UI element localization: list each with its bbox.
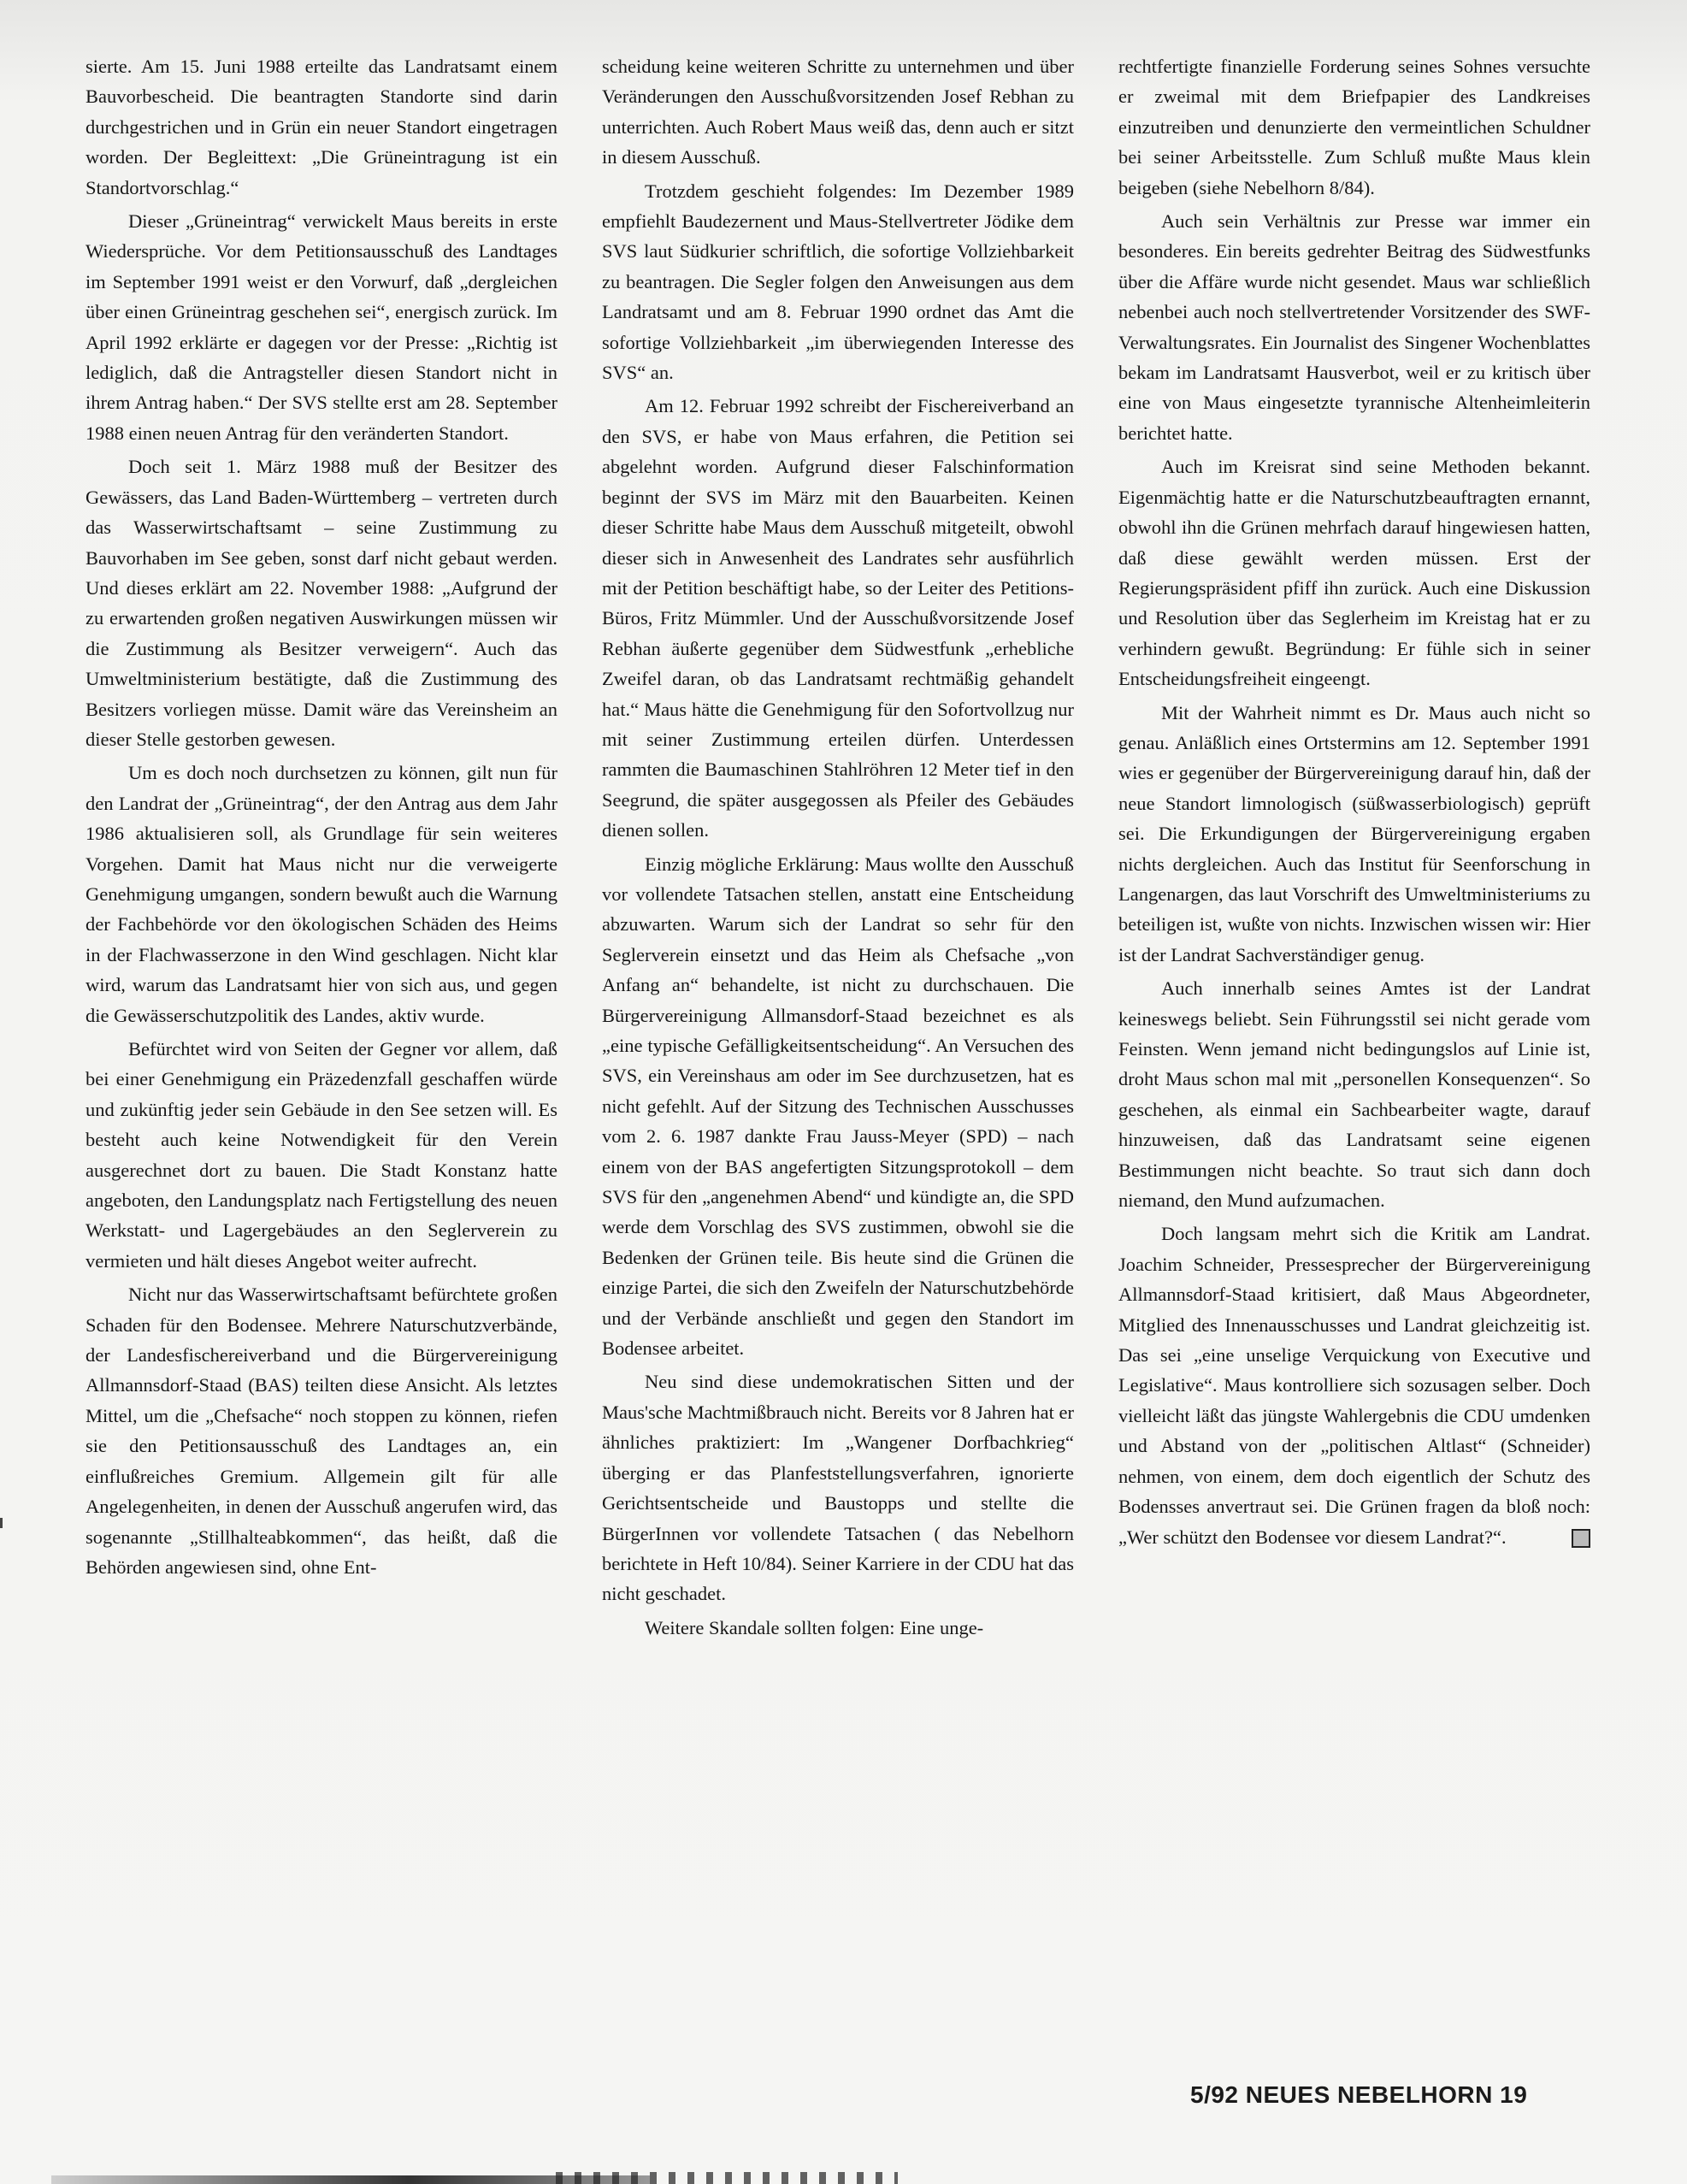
article-columns: sierte. Am 15. Juni 1988 erteilte das La…: [86, 51, 1590, 2018]
paragraph: Am 12. Februar 1992 schreibt der Fischer…: [602, 391, 1074, 845]
end-of-article-icon: [1572, 1529, 1590, 1548]
paragraph: rechtfertigte finanzielle Forderung sein…: [1118, 51, 1590, 203]
paragraph: Mit der Wahrheit nimmt es Dr. Maus auch …: [1118, 698, 1590, 971]
paragraph: Neu sind diese undemokratischen Sitten u…: [602, 1366, 1074, 1608]
paragraph: Auch sein Verhältnis zur Presse war imme…: [1118, 206, 1590, 448]
paragraph: Doch seit 1. März 1988 muß der Besitzer …: [86, 452, 557, 754]
paragraph-text: Doch langsam mehrt sich die Kritik am La…: [1118, 1223, 1590, 1547]
paragraph: Weitere Skandale sollten folgen: Eine un…: [602, 1613, 1074, 1643]
column-2: scheidung keine weiteren Schritte zu unt…: [602, 51, 1074, 2018]
issue-number: 5/92: [1190, 2081, 1239, 2108]
last-paragraph: Doch langsam mehrt sich die Kritik am La…: [1118, 1219, 1590, 1551]
paragraph: scheidung keine weiteren Schritte zu unt…: [602, 51, 1074, 173]
page-footer: 5/92 NEUES NEBELHORN 19: [1190, 2081, 1527, 2109]
paragraph: Um es doch noch durchsetzen zu können, g…: [86, 758, 557, 1030]
paragraph: Nicht nur das Wasserwirtschaftsamt befür…: [86, 1279, 557, 1582]
column-1: sierte. Am 15. Juni 1988 erteilte das La…: [86, 51, 557, 2018]
next-page-bleed-text: [556, 2172, 898, 2184]
scan-mark: [0, 1518, 3, 1528]
page-number: 19: [1500, 2081, 1527, 2108]
paragraph: Einzig mögliche Erklärung: Maus wollte d…: [602, 849, 1074, 1364]
paragraph: sierte. Am 15. Juni 1988 erteilte das La…: [86, 51, 557, 203]
paragraph: Dieser „Grüneintrag“ verwickelt Maus ber…: [86, 206, 557, 448]
paragraph: Auch im Kreisrat sind seine Methoden bek…: [1118, 452, 1590, 694]
magazine-page: sierte. Am 15. Juni 1988 erteilte das La…: [0, 0, 1687, 2184]
column-3: rechtfertigte finanzielle Forderung sein…: [1118, 51, 1590, 2018]
paragraph: Befürchtet wird von Seiten der Gegner vo…: [86, 1034, 557, 1276]
paragraph: Auch innerhalb seines Amtes ist der Land…: [1118, 973, 1590, 1215]
magazine-name: NEUES NEBELHORN: [1246, 2081, 1493, 2108]
paragraph: Trotzdem geschieht folgendes: Im Dezembe…: [602, 176, 1074, 388]
